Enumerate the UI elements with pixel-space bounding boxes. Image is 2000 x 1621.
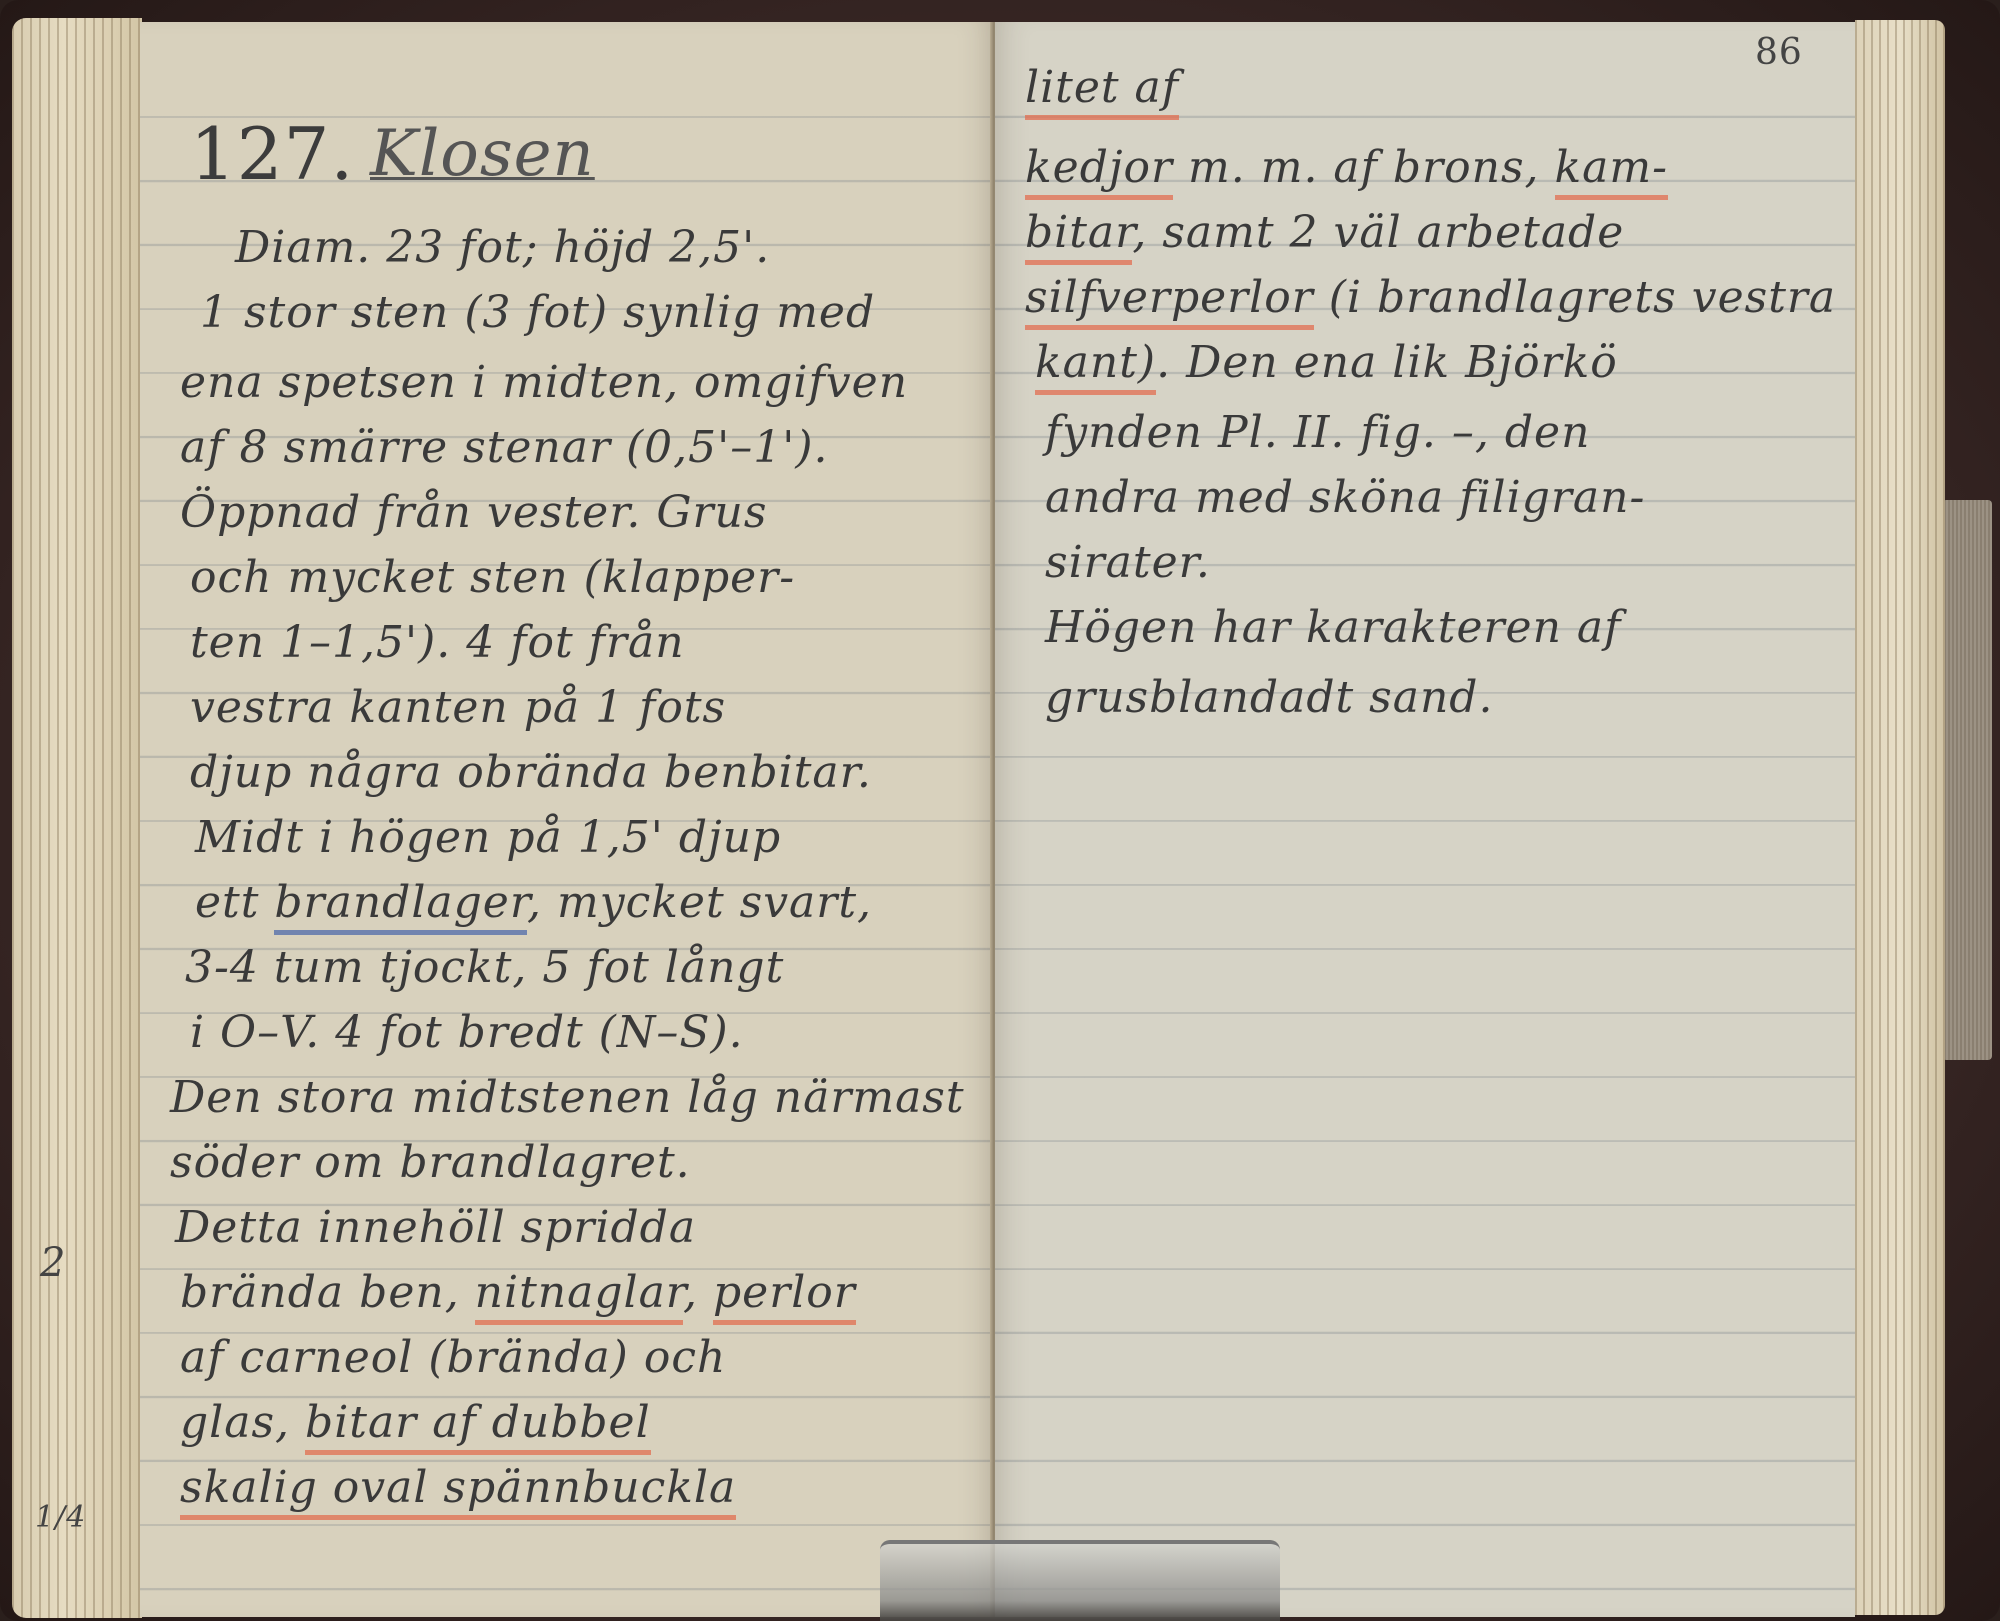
- text-line: ten 1–1,5'). 4 fot från: [190, 617, 685, 668]
- text-line: Öppnad från vester. Grus: [180, 487, 767, 538]
- left-page: 127. Klosen Diam. 23 fot; höjd 2,5'. 1 s…: [140, 22, 995, 1617]
- page-number: 86: [1755, 32, 1803, 73]
- red-underlined-word: perlor: [713, 1267, 856, 1325]
- red-underlined-word: litet af: [1025, 62, 1179, 120]
- text-fragment: m. m. af brons,: [1173, 142, 1554, 193]
- text-fragment: , samt 2 väl arbetade: [1132, 207, 1624, 258]
- text-line: silfverperlor (i brandlagrets vestra: [1025, 272, 1836, 323]
- red-underlined-word: nitnaglar: [475, 1267, 683, 1325]
- text-fragment: (i brandlagrets vestra: [1314, 272, 1836, 323]
- margin-note: 2: [40, 1240, 66, 1286]
- text-fragment: . Den ena lik Björkö: [1156, 337, 1618, 388]
- red-underlined-word: bitar: [1025, 207, 1132, 265]
- text-line: bitar, samt 2 väl arbetade: [1025, 207, 1624, 258]
- text-fragment: glas,: [180, 1397, 305, 1448]
- left-page-stack: [12, 18, 142, 1618]
- text-line: 1 stor sten (3 fot) synlig med: [200, 287, 875, 338]
- text-line: andra med sköna filigran-: [1045, 472, 1645, 523]
- cover-cloth-spine: [1942, 500, 1992, 1060]
- text-line: i O–V. 4 fot bredt (N–S).: [190, 1007, 744, 1058]
- text-line: Högen har karakteren af: [1045, 602, 1621, 653]
- text-fragment: ,: [683, 1267, 713, 1318]
- margin-note: 1/4: [35, 1500, 86, 1535]
- text-line: och mycket sten (klapper-: [190, 552, 795, 603]
- text-fragment: brända ben,: [180, 1267, 475, 1318]
- text-line: kant). Den ena lik Björkö: [1035, 337, 1618, 388]
- text-line: af carneol (brända) och: [180, 1332, 726, 1383]
- red-underlined-word: bitar af dubbel: [305, 1397, 651, 1455]
- text-fragment: ett: [195, 877, 274, 928]
- red-underlined-word: kant): [1035, 337, 1156, 395]
- right-page-stack: [1855, 20, 1945, 1615]
- page-holder-clip: [880, 1540, 1280, 1621]
- text-line: kedjor m. m. af brons, kam-: [1025, 142, 1668, 193]
- text-line: litet af: [1025, 62, 1179, 113]
- text-line: Den stora midtstenen låg närmast: [170, 1072, 965, 1123]
- text-line: Detta innehöll spridda: [175, 1202, 696, 1253]
- text-line: söder om brandlagret.: [170, 1137, 691, 1188]
- text-fragment: , mycket svart,: [527, 877, 872, 928]
- text-line: Midt i högen på 1,5' djup: [195, 812, 781, 863]
- text-line: vestra kanten på 1 fots: [190, 682, 726, 733]
- text-line: Diam. 23 fot; höjd 2,5'.: [235, 222, 770, 273]
- red-underlined-word: kam-: [1555, 142, 1668, 200]
- text-line: af 8 smärre stenar (0,5'–1').: [180, 422, 828, 473]
- red-underlined-word: silfverperlor: [1025, 272, 1314, 330]
- text-line: ett brandlager, mycket svart,: [195, 877, 872, 928]
- blue-underlined-word: brandlager: [274, 877, 527, 935]
- text-line: sirater.: [1045, 537, 1211, 588]
- red-underlined-word: skalig oval spännbuckla: [180, 1462, 736, 1520]
- red-underlined-word: kedjor: [1025, 142, 1173, 200]
- text-line: glas, bitar af dubbel: [180, 1397, 651, 1448]
- text-line: 3-4 tum tjockt, 5 fot långt: [185, 942, 784, 993]
- text-line: fynden Pl. II. fig. –, den: [1045, 407, 1590, 458]
- text-line: skalig oval spännbuckla: [180, 1462, 736, 1513]
- text-line: grusblandadt sand.: [1045, 672, 1493, 723]
- text-line: ena spetsen i midten, omgifven: [180, 357, 908, 408]
- entry-number: 127.: [190, 112, 354, 196]
- right-page: 86 litet af kedjor m. m. af brons, kam- …: [995, 22, 1855, 1617]
- entry-title: Klosen: [370, 117, 595, 191]
- text-line: brända ben, nitnaglar, perlor: [180, 1267, 856, 1318]
- text-line: djup några obrända benbitar.: [190, 747, 872, 798]
